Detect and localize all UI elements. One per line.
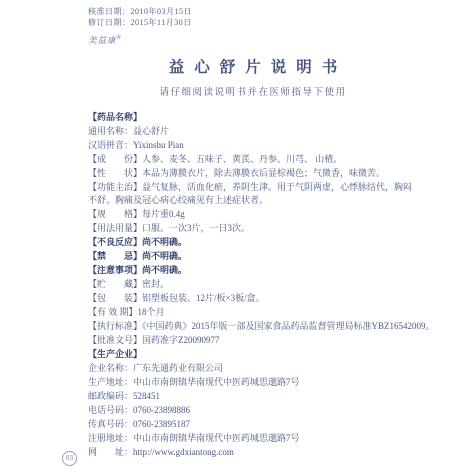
leaflet-page: 核准日期：2010年03月15日 修订日期：2015年11月30日 美益康® 益…: [0, 0, 472, 472]
manufacturer-heading: 【生产企业】: [88, 348, 418, 361]
standard-line: 【执行标准】《中国药典》2015年版一部及国家食品药品监督管理局标准YBZ165…: [88, 320, 418, 333]
leaflet-title: 益心舒片说明书: [88, 55, 418, 77]
website-url: http://www.gdxiantong.com: [133, 447, 234, 457]
production-address-line: 生产地址：中山市南朗镇华南现代中医药城思邈路7号: [88, 376, 418, 389]
approval-date: 核准日期：2010年03月15日: [88, 6, 418, 17]
ingredients-line: 【成 份】人参、麦冬、五味子、黄芪、丹参、川芎、 山楂。: [88, 153, 418, 166]
brand-logo: 美益康®: [88, 34, 418, 46]
revision-date: 修订日期：2015年11月30日: [88, 17, 418, 28]
storage-line: 【贮 藏】密封。: [88, 278, 418, 291]
shelf-life-line: 【有 效 期】18个月: [88, 306, 418, 319]
page-number-badge: 03: [62, 451, 77, 466]
registered-trademark-icon: ®: [117, 35, 123, 41]
brand-logo-text: 美益康: [88, 35, 117, 45]
website-line: 网 址：http://www.gdxiantong.com: [88, 446, 418, 459]
specification-line: 【规 格】每片重0.4g: [88, 208, 418, 221]
pinyin-line: 汉语拼音：Yixinshu Pian: [88, 139, 418, 152]
approval-number-line: 【批准文号】国药准字Z20090977: [88, 334, 418, 347]
dosage-line: 【用法用量】口服。一次3片，一日3次。: [88, 222, 418, 235]
indications-line: 【功能主治】益气复脉，活血化瘀，养阴生津。用于气阴两虚，心悸脉结代，胸闷不舒、胸…: [88, 181, 418, 207]
leaflet-subtitle: 请仔细阅读说明书并在医师指导下使用: [88, 84, 418, 98]
generic-name-line: 通用名称：益心舒片: [88, 125, 418, 138]
precautions-line: 【注意事项】尚不明确。: [88, 264, 418, 277]
date-block: 核准日期：2010年03月15日 修订日期：2015年11月30日: [88, 6, 418, 28]
company-name-line: 企业名称：广东先通药业有限公司: [88, 362, 418, 375]
fax-number-line: 传真号码：0760-23895187: [88, 418, 418, 431]
contraindications-line: 【禁 忌】尚不明确。: [88, 250, 418, 263]
packaging-line: 【包 装】铝塑板包装。12片/板×3板/盒。: [88, 292, 418, 305]
leaflet-content: 核准日期：2010年03月15日 修订日期：2015年11月30日 美益康® 益…: [88, 6, 418, 460]
adverse-reactions-line: 【不良反应】尚不明确。: [88, 236, 418, 249]
phone-number-line: 电话号码：0760-23898886: [88, 404, 418, 417]
registered-address-line: 注册地址：中山市南朗镇华南现代中医药城思邈路7号: [88, 432, 418, 445]
description-line: 【性 状】本品为薄膜衣片，除去薄膜衣后显棕褐色；气微香，味微苦。: [88, 167, 418, 180]
postal-code-line: 邮政编码：528451: [88, 390, 418, 403]
drug-name-heading: 【药品名称】: [88, 111, 418, 124]
leaflet-body: 【药品名称】 通用名称：益心舒片 汉语拼音：Yixinshu Pian 【成 份…: [88, 111, 418, 459]
